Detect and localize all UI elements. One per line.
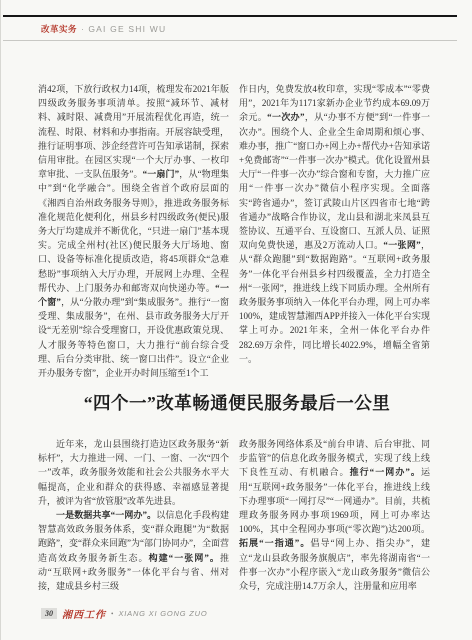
inline-subhead: 拓展“一指通”。 <box>239 538 310 548</box>
text-run: 运用“互联网+政务服务”一体化平台，推进线上线下办理事项“一网打尽”“一网通办”… <box>239 467 430 534</box>
text-run: 近年来，龙山县围绕打造边区政务服务“新标杆”，大力推进一网、一门、一窗、一次“四… <box>38 439 229 506</box>
page-footer: 30 湘西工作 • XIANG XI GONG ZUO <box>41 606 207 621</box>
paragraph: 近年来，龙山县围绕打造边区政务服务“新标杆”，大力推进一网、一门、一窗、一次“四… <box>38 437 229 508</box>
header-rule <box>3 40 457 41</box>
lower-right-text-column: 政务服务网络体系及“前台申请、后台审批、同步监管”的信息化政务服务模式，实现了线… <box>239 437 430 593</box>
footer-bullet: • <box>111 610 113 618</box>
inline-subhead: 推行“一网办”。 <box>350 467 421 477</box>
text-run: ，从“办事不方便”到“一件事一次办”。围绕个人、企业全生命周期和烦心事、难办事，… <box>239 112 430 250</box>
upper-left-text-column: 消42项，下放行政权力14项，梳理发布2021年版四级政务服务事项清单。按照“减… <box>38 82 229 380</box>
header-separator: · <box>81 24 84 34</box>
inline-subhead: “一扇门” <box>143 169 180 179</box>
upper-right-text-column: 作日内，免费发放4枚印章，实现“零成本”“零费用”，2021年为1171家新办企… <box>239 82 430 366</box>
article-headline: “四个一”改革畅通便民服务最后一公里 <box>1 390 472 415</box>
text-run: ，从“分散办理”到“集成服务”。推行“一窗受理、集成服务”，在州、县市政务服务大… <box>38 297 229 378</box>
paragraph: 一是数据共享“一网办”。以信息化手段构建智慧高效政务服务体系，变“群众跑腿”为“… <box>38 508 229 593</box>
section-title-cn: 改革实务 <box>41 23 77 35</box>
magazine-brand-cn: 湘西工作 <box>62 606 106 621</box>
page-number: 30 <box>41 608 57 619</box>
inline-subhead: “一张网” <box>383 240 420 250</box>
magazine-page: 改革实务 · GAI GE SHI WU 消42项，下放行政权力14项，梳理发布… <box>0 0 472 640</box>
text-run: ，从“物理集中”到“化学融合”。围绕全省首个政府层面的《湘西自治州政务服务导则》… <box>38 169 229 293</box>
magazine-brand-pinyin: XIANG XI GONG ZUO <box>118 609 207 618</box>
text-run: ，从“群众跑腿”到“数据跑路”。“互联网+政务服务”一体化平台州县乡村四级覆盖，… <box>239 240 430 364</box>
inline-subhead: 一是数据共享“一网办”。 <box>56 510 156 520</box>
text-run: 消42项，下放行政权力14项，梳理发布2021年版四级政务服务事项清单。按照“减… <box>38 84 229 179</box>
top-page-rule <box>3 15 457 17</box>
lower-left-text-column: 近年来，龙山县围绕打造边区政务服务“新标杆”，大力推进一网、一门、一窗、一次“四… <box>38 437 229 593</box>
section-title-pinyin: GAI GE SHI WU <box>88 24 166 34</box>
inline-subhead: 构建“一张网”。 <box>149 553 220 563</box>
inline-subhead: “一次办” <box>267 112 304 122</box>
section-header: 改革实务 · GAI GE SHI WU <box>41 23 166 35</box>
